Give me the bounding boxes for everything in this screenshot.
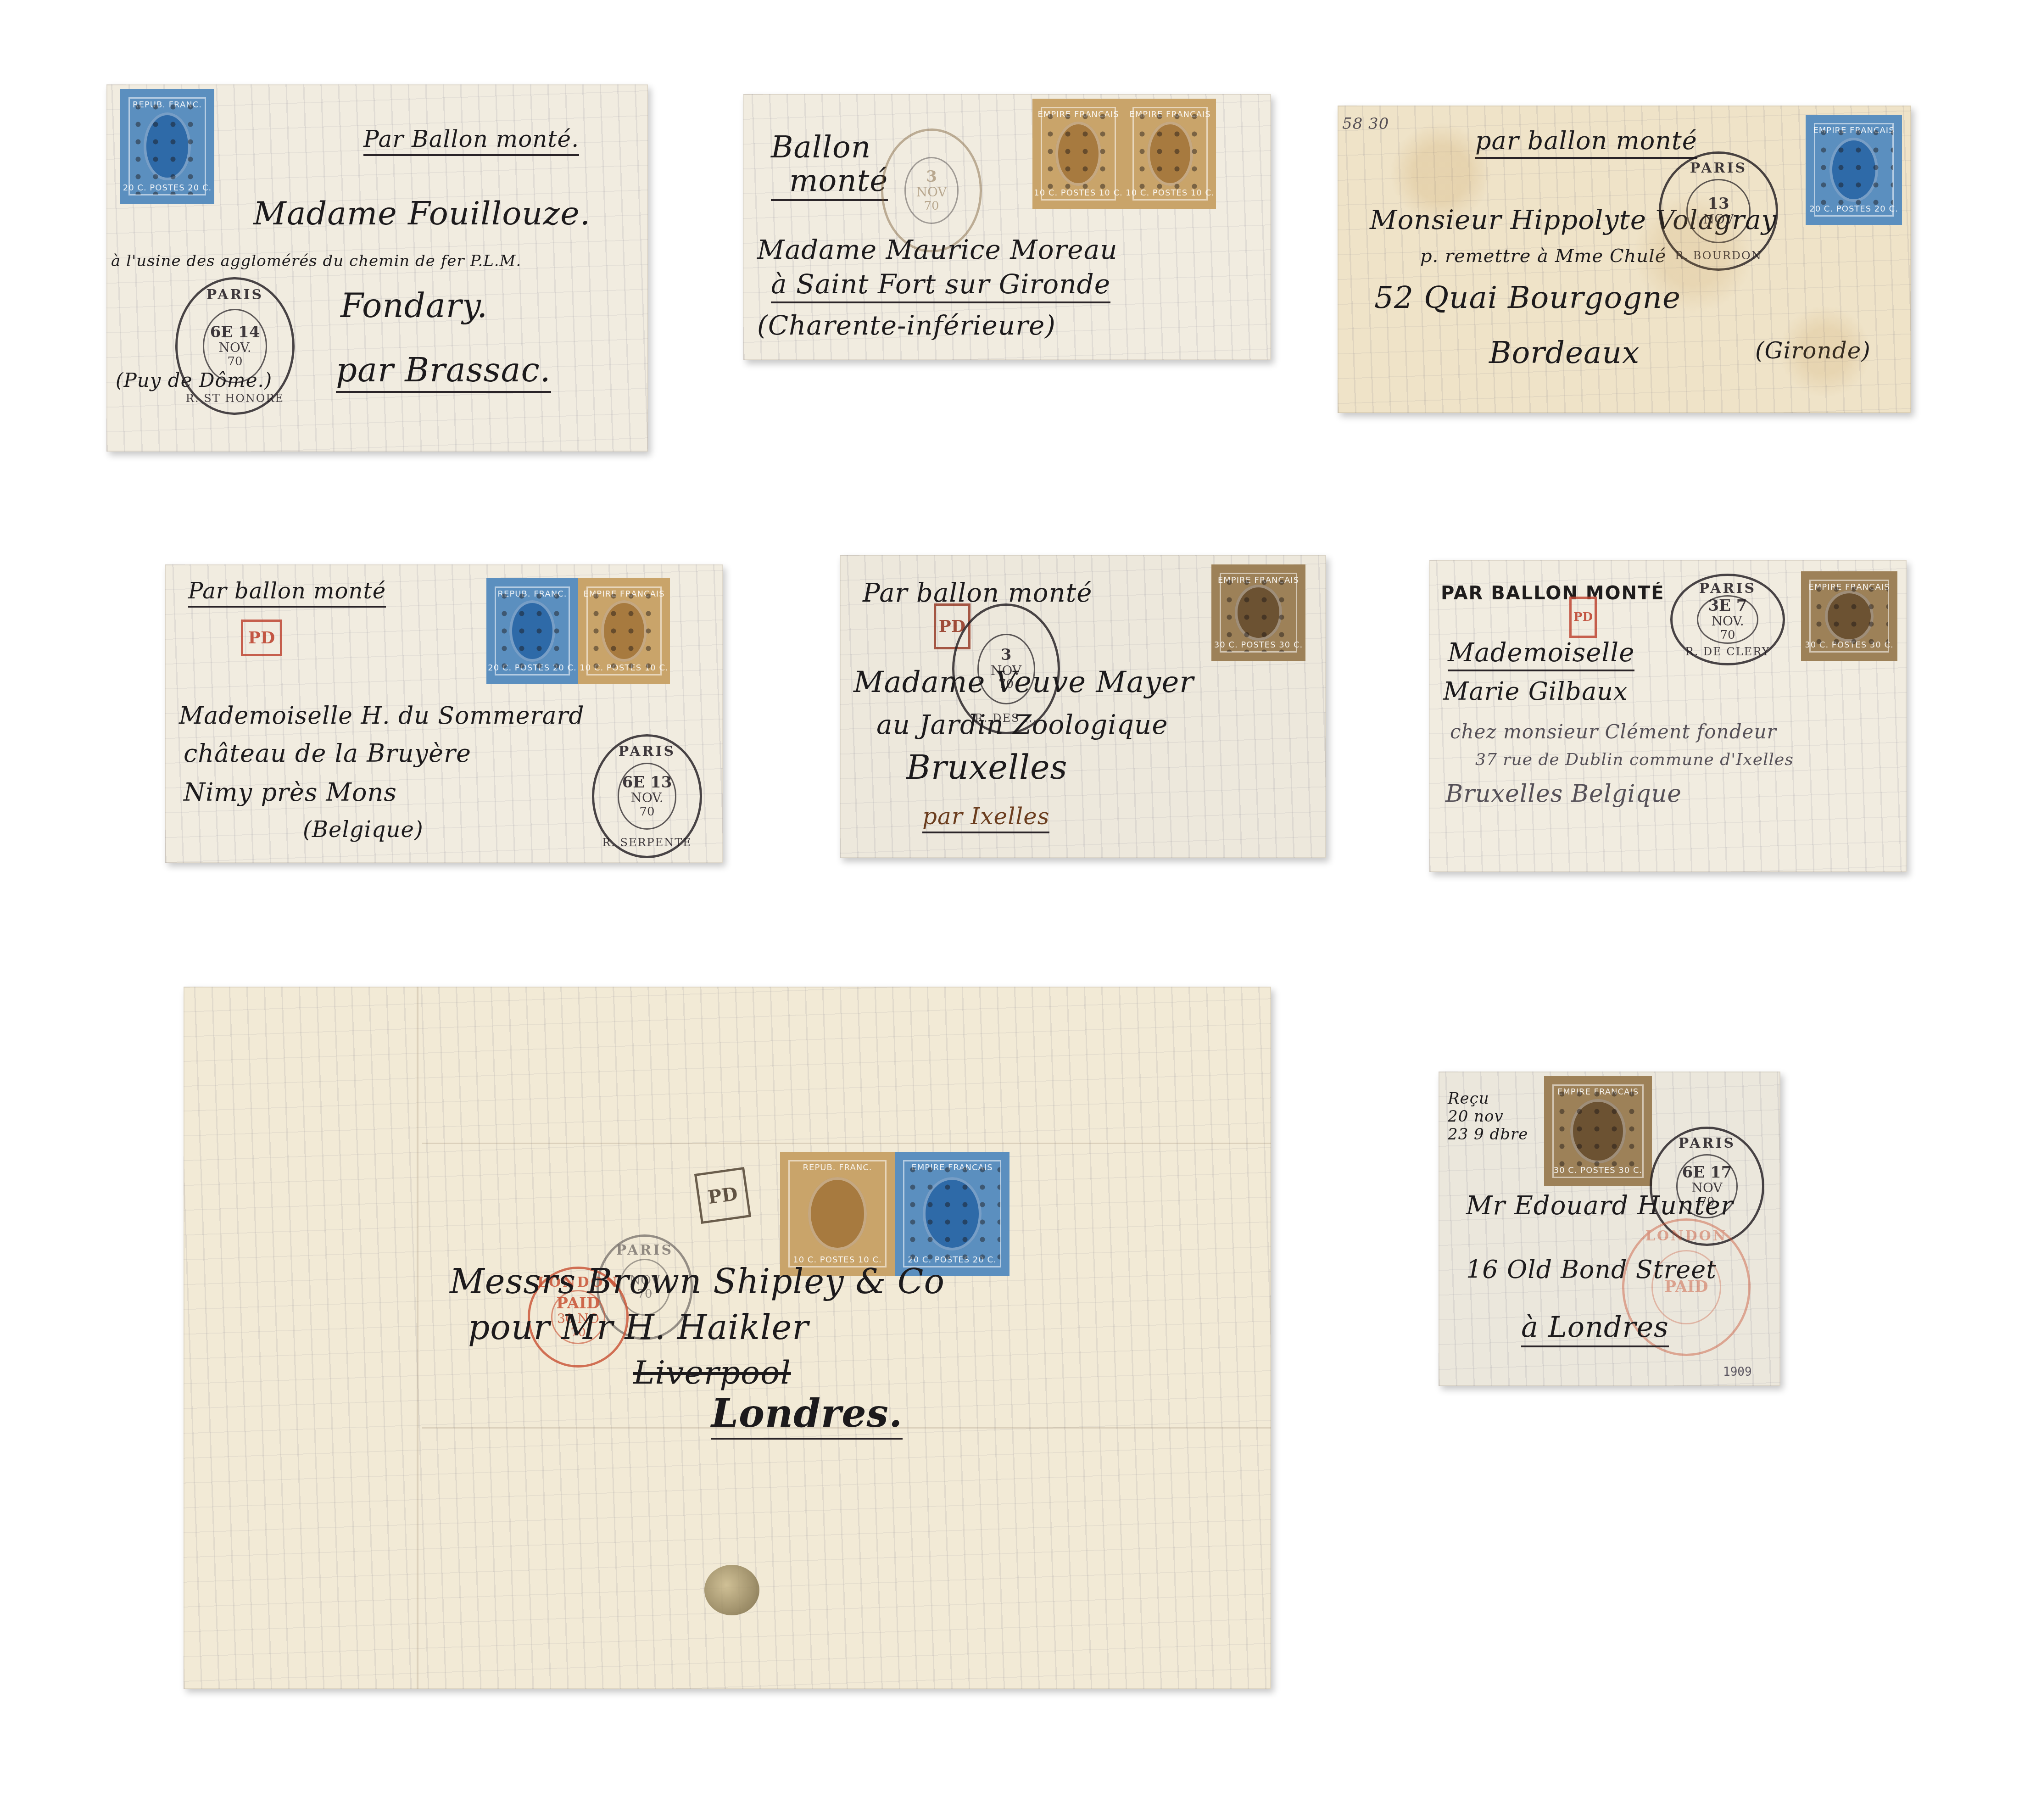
address-line: château de la Bruyère (184, 739, 471, 768)
cover-hunter: Reçu 20 nov 23 9 dbre EMPIRE FRANCAIS 30… (1439, 1072, 1780, 1386)
address-line: par Brassac. (336, 351, 551, 393)
route-note: Par ballon monté (188, 578, 386, 608)
address-line: (Charente-inférieure) (757, 310, 1056, 341)
address-line: (Gironde) (1755, 337, 1871, 364)
address-line: Madame Fouillouze. (253, 195, 591, 232)
address-line: chez monsieur Clément fondeur (1450, 720, 1777, 743)
cover-gilbaux: PAR BALLON MONTÉ PD PARIS 3E 7 NOV. 70 R… (1429, 560, 1907, 872)
address-line: pour Mr H. Haikler (468, 1308, 809, 1347)
address-line: Madame Maurice Moreau (757, 234, 1118, 265)
address-line: Marie Gilbaux (1443, 677, 1628, 706)
stamp-napoleon-10c-bistre: EMPIRE FRANCAIS 10 C. POSTES 10 C. (578, 578, 670, 684)
address-line: Mademoiselle (1448, 638, 1634, 671)
stamp-napoleon-10c-bistre: EMPIRE FRANCAIS 10 C. POSTES 10 C. (1124, 99, 1216, 209)
stamp-napoleon-30c-brown: EMPIRE FRANCAIS 30 C. POSTES 30 C. (1544, 1076, 1652, 1186)
address-line: par Ixelles (922, 803, 1049, 833)
pd-box-mark: PD (694, 1167, 751, 1224)
address-line: (Belgique) (303, 817, 424, 843)
address-line: Bruxelles (906, 748, 1068, 787)
postmark-paris: PARIS 6E 13 NOV. 70 R. SERPENTE (592, 734, 702, 858)
address-line: p. remettre à Mme Chulé (1420, 246, 1667, 267)
address-line: à Saint Fort sur Gironde (771, 268, 1110, 303)
fold-line (417, 987, 418, 1689)
cover-du-sommerard: Par ballon monté PD REPUB. FRANC. 20 C. … (165, 564, 723, 863)
address-line: Bruxelles Belgique (1445, 780, 1682, 808)
received-note: Reçu 20 nov 23 9 dbre (1448, 1090, 1528, 1144)
stamp-ceres-20c-blue: REPUB. FRANC. 20 C. POSTES 20 C. (486, 578, 578, 684)
fold-line (422, 1143, 1271, 1144)
printed-heading: PAR BALLON MONTÉ (1441, 583, 1665, 604)
address-line-struck: Liverpool (633, 1354, 791, 1391)
address-line: Mademoiselle H. du Sommerard (179, 702, 585, 730)
address-line: 16 Old Bond Street (1466, 1255, 1717, 1284)
pd-box-mark: PD (241, 620, 282, 656)
stamp-napoleon-10c-bistre: EMPIRE FRANCAIS 10 C. POSTES 10 C. (1032, 99, 1124, 209)
address-line: à l'usine des agglomérés du chemin de fe… (111, 252, 521, 270)
address-line: Nimy près Mons (184, 778, 397, 807)
stamp-napoleon-30c-brown: EMPIRE FRANCAIS 30 C. POSTES 30 C. (1211, 564, 1305, 661)
address-line: Bordeaux (1489, 335, 1640, 370)
wax-seal (704, 1565, 759, 1615)
address-line: Londres. (711, 1390, 903, 1440)
address-line: Monsieur Hippolyte Volagray (1370, 204, 1777, 235)
address-line: Fondary. (340, 286, 488, 325)
address-line: Messrs Brown Shipley & Co (450, 1262, 945, 1301)
corner-note: 58 30 (1342, 115, 1389, 133)
stamp-napoleon-20c-blue: EMPIRE FRANCAIS 20 C. POSTES 20 C. (1806, 115, 1902, 225)
cover-brown-shipley: PD REPUB. FRANC. 10 C. POSTES 10 C. EMPI… (184, 987, 1271, 1689)
stamp-napoleon-30c-brown: EMPIRE FRANCAIS 30 C. POSTES 30 C. (1801, 571, 1897, 661)
cover-mayer: Par ballon monté PD 3 NOV 70 R. DES ... … (840, 555, 1326, 858)
address-line: 37 rue de Dublin commune d'Ixelles (1475, 750, 1794, 769)
cover-volagray: 58 30 par ballon monté PARIS 13 NOV R. B… (1338, 106, 1911, 413)
postmark-paris: PARIS 3E 7 NOV. 70 R. DE CLERY (1670, 574, 1785, 665)
stamp-napoleon-20c-blue: EMPIRE FRANCAIS 20 C. POSTES 20 C. (895, 1152, 1009, 1276)
postmark-paris: PARIS 6E 14 NOV. 70 R. ST HONORE (175, 277, 295, 415)
address-line: à Londres (1521, 1310, 1669, 1347)
stamp-ceres-20c-blue: REPUB. FRANC. 20 C. POSTES 20 C. (120, 89, 214, 204)
route-note: Par Ballon monté. (363, 126, 579, 156)
cover-fouillouze: REPUB. FRANC. 20 C. POSTES 20 C. Par Bal… (106, 84, 648, 452)
cover-moreau: Ballon monté 3 NOV 70 EMPIRE FRANCAIS 10… (743, 94, 1271, 360)
route-note: Par ballon monté (863, 578, 1092, 608)
stamp-ceres-10c-bistre: REPUB. FRANC. 10 C. POSTES 10 C. (780, 1152, 895, 1276)
address-line: 52 Quai Bourgogne (1374, 280, 1681, 315)
address-line: Madame Veuve Mayer (853, 665, 1194, 699)
catalogue-number: 1909 (1723, 1365, 1752, 1379)
address-line: au Jardin Zoologique (876, 709, 1168, 740)
pd-box-mark: PD (1569, 597, 1597, 638)
route-note: Ballon monté (771, 131, 888, 201)
address-line: Mr Edouard Hunter (1466, 1191, 1734, 1221)
route-note: par ballon monté (1475, 126, 1697, 159)
